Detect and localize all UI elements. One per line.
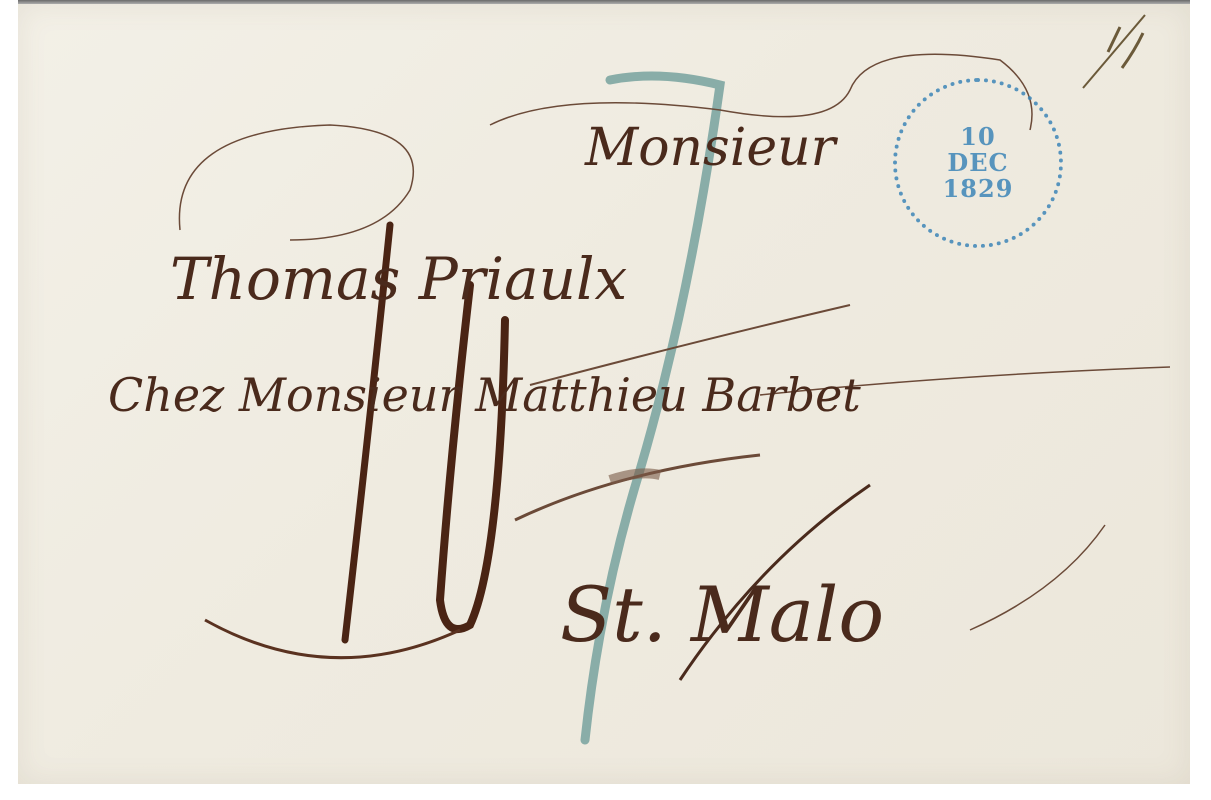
address-line-salutation: Monsieur [585, 118, 835, 178]
address-line-city: St. Malo [560, 570, 884, 659]
postmark-year: 1829 [943, 176, 1014, 202]
address-line-name: Thomas Priaulx [170, 245, 627, 313]
postmark-day: 10 [960, 124, 995, 150]
address-line-care-of: Chez Monsieur Matthieu Barbet [108, 368, 861, 422]
postmark-month: DEC [947, 150, 1008, 176]
blue-circular-postmark: 10 DEC 1829 [893, 78, 1063, 248]
